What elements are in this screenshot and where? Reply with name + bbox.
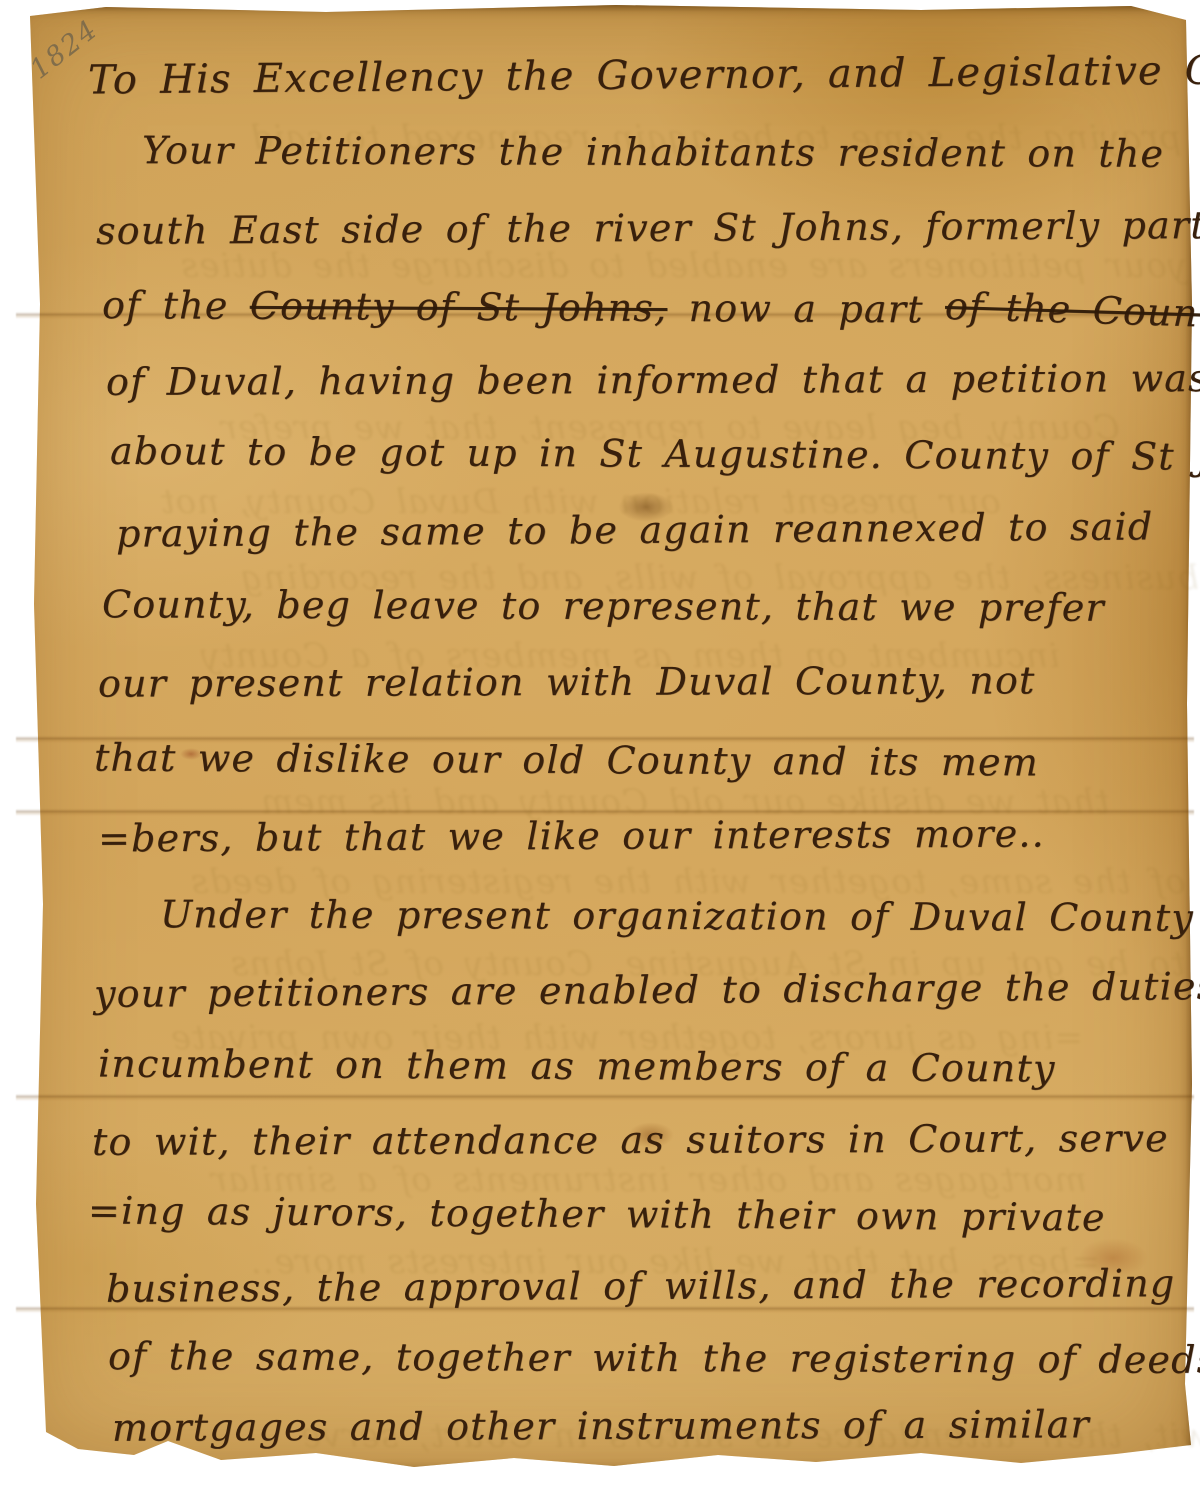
- handwriting-line: of the same, together with the registeri…: [108, 1334, 1200, 1382]
- bleedthrough-ghost-line: your petitioners are enabled to discharg…: [180, 246, 1187, 286]
- handwriting-line: mortgages and other instruments of a sim…: [112, 1402, 1090, 1449]
- handwriting-line: =bers, but that we like our interests mo…: [98, 812, 1045, 861]
- handwriting-line: incumbent on them as members of a County: [98, 1041, 1056, 1090]
- handwriting-line: To His Excellency the Governor, and Legi…: [88, 47, 1200, 104]
- struck-text: County of St Johns,: [250, 284, 668, 330]
- handwriting-line: =ing as jurors, together with their own …: [88, 1188, 1106, 1239]
- handwriting-line: that we dislike our old County and its m…: [94, 736, 1039, 785]
- handwriting-line: praying the same to be again reannexed t…: [116, 504, 1154, 555]
- handwriting-line: Under the present organization of Duval …: [160, 892, 1194, 940]
- handwriting-line: south East side of the river St Johns, f…: [96, 203, 1200, 253]
- handwriting-line: of Duval, having been informed that a pe…: [106, 356, 1200, 404]
- handwriting-line: of the County of St Johns, now a part of…: [102, 283, 1200, 333]
- handwriting-line: about to be got up in St Augustine. Coun…: [110, 429, 1200, 479]
- struck-text: of the County: [944, 284, 1200, 337]
- line-segment: now a part: [667, 286, 945, 331]
- line-segment: of the: [102, 283, 250, 328]
- handwriting-line: our present relation with Duval County, …: [98, 658, 1036, 705]
- handwriting-line: Your Petitioners the inhabitants residen…: [142, 128, 1164, 176]
- handwriting-line: your petitioners are enabled to discharg…: [94, 964, 1200, 1016]
- handwriting-line: to wit, their attendance as suitors in C…: [92, 1116, 1169, 1164]
- handwriting-line: business, the approval of wills, and the…: [106, 1261, 1176, 1311]
- fold-crease: [16, 1094, 1194, 1101]
- document-scan: praying the same to be again reannexed t…: [0, 0, 1200, 1494]
- handwriting-line: County, beg leave to represent, that we …: [102, 582, 1105, 630]
